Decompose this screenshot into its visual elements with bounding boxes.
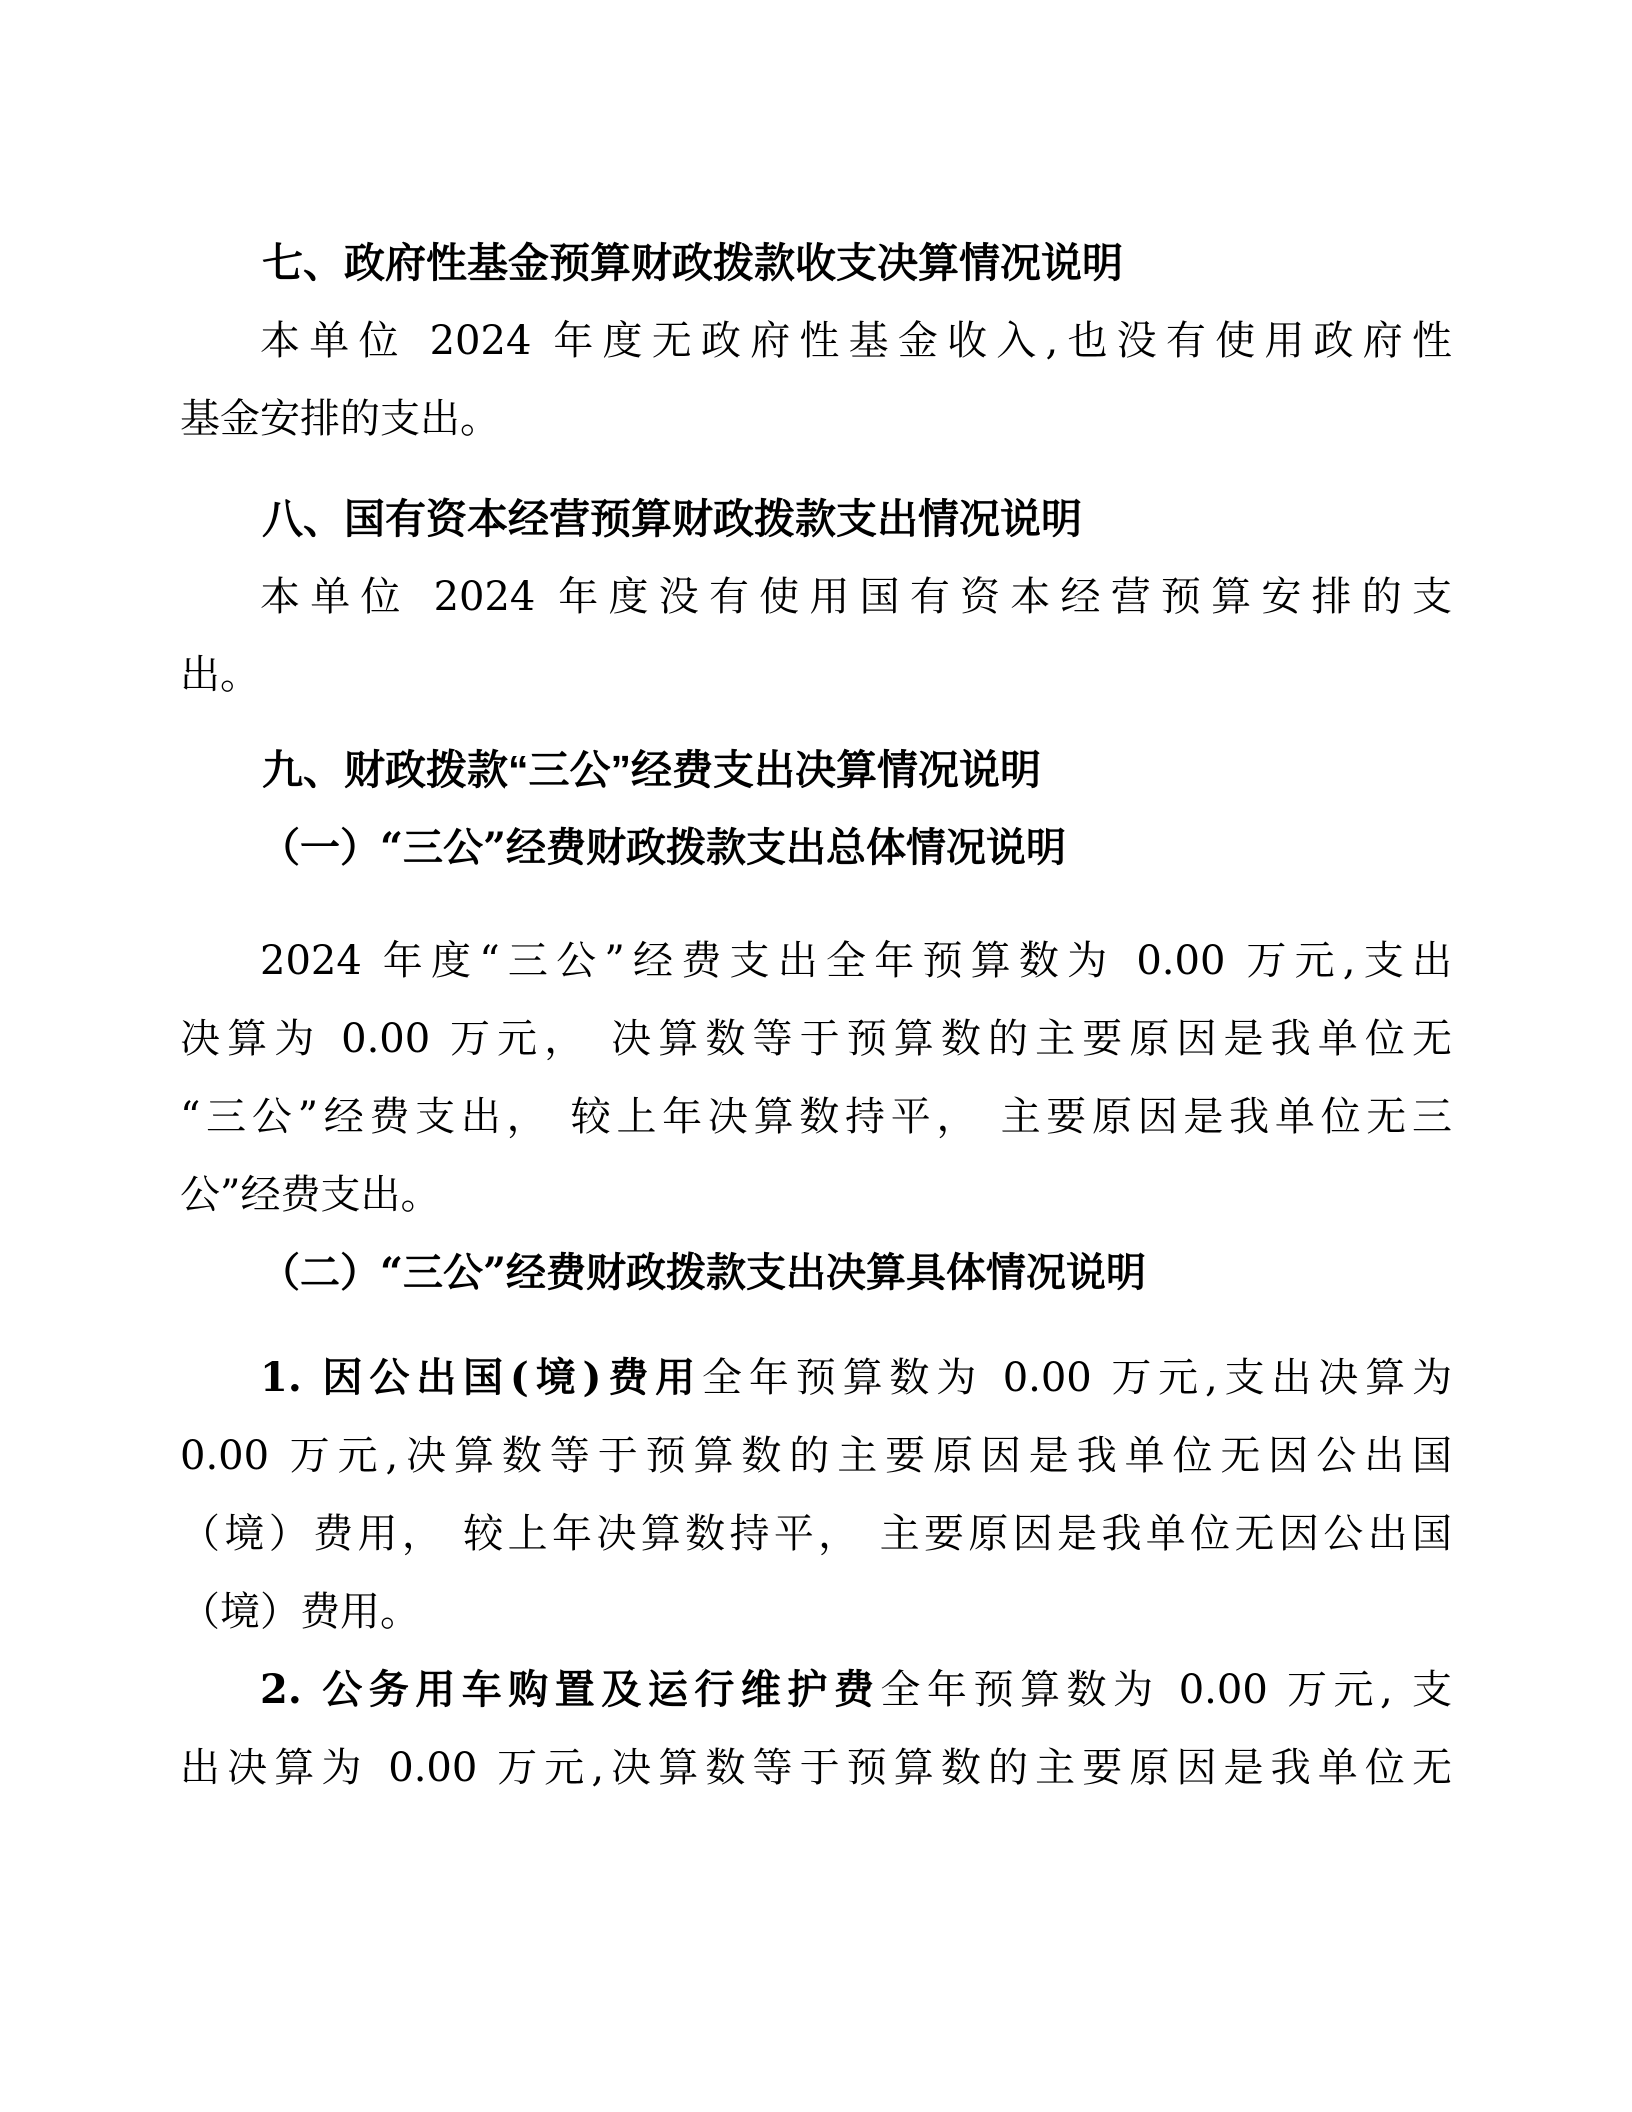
item-1-line-3: （境）费用， 较上年决算数持平， 主要原因是我单位无因公出国	[180, 1495, 1452, 1573]
subsection-1-paragraph-line-1: 2024 年度“三公”经费支出全年预算数为 0.00 万元,支出	[180, 922, 1452, 1000]
item-2-line-1-text: 全年预算数为 0.00 万元, 支	[880, 1667, 1452, 1713]
section-7-heading: 七、政府性基金预算财政拨款收支决算情况说明	[180, 224, 1452, 302]
section-9-heading: 九、财政拨款“三公”经费支出决算情况说明	[180, 731, 1452, 809]
subsection-1-heading: （一）“三公”经费财政拨款支出总体情况说明	[180, 809, 1452, 887]
section-7-paragraph-line-1: 本单位 2024 年度无政府性基金收入,也没有使用政府性	[180, 302, 1452, 380]
item-1-label: 1. 因公出国(境)费用	[260, 1354, 702, 1401]
item-2-line-2: 出决算为 0.00 万元,决算数等于预算数的主要原因是我单位无	[180, 1729, 1452, 1807]
section-8-heading: 八、国有资本经营预算财政拨款支出情况说明	[180, 480, 1452, 558]
item-1-line-4: （境）费用。	[180, 1573, 1452, 1651]
subsection-1-paragraph-line-4: 公”经费支出。	[180, 1156, 1452, 1234]
item-1-line-1: 1. 因公出国(境)费用全年预算数为 0.00 万元,支出决算为	[180, 1339, 1452, 1417]
subsection-2-heading: （二）“三公”经费财政拨款支出决算具体情况说明	[180, 1234, 1452, 1312]
subsection-1-paragraph-line-2: 决算为 0.00 万元， 决算数等于预算数的主要原因是我单位无	[180, 1000, 1452, 1078]
section-7-paragraph-line-2: 基金安排的支出。	[180, 380, 1452, 458]
document-page: 七、政府性基金预算财政拨款收支决算情况说明 本单位 2024 年度无政府性基金收…	[0, 0, 1632, 2112]
subsection-1-paragraph-line-3: “三公”经费支出， 较上年决算数持平， 主要原因是我单位无三	[180, 1078, 1452, 1156]
item-2-line-1: 2. 公务用车购置及运行维护费全年预算数为 0.00 万元, 支	[180, 1651, 1452, 1729]
document-content: 七、政府性基金预算财政拨款收支决算情况说明 本单位 2024 年度无政府性基金收…	[180, 224, 1452, 1807]
item-1-line-1-text: 全年预算数为 0.00 万元,支出决算为	[702, 1355, 1452, 1401]
item-2-label: 2. 公务用车购置及运行维护费	[260, 1666, 880, 1713]
section-8-paragraph-line-2: 出。	[180, 636, 1452, 714]
section-8-paragraph-line-1: 本单位 2024 年度没有使用国有资本经营预算安排的支	[180, 558, 1452, 636]
item-1-line-2: 0.00 万元,决算数等于预算数的主要原因是我单位无因公出国	[180, 1417, 1452, 1495]
